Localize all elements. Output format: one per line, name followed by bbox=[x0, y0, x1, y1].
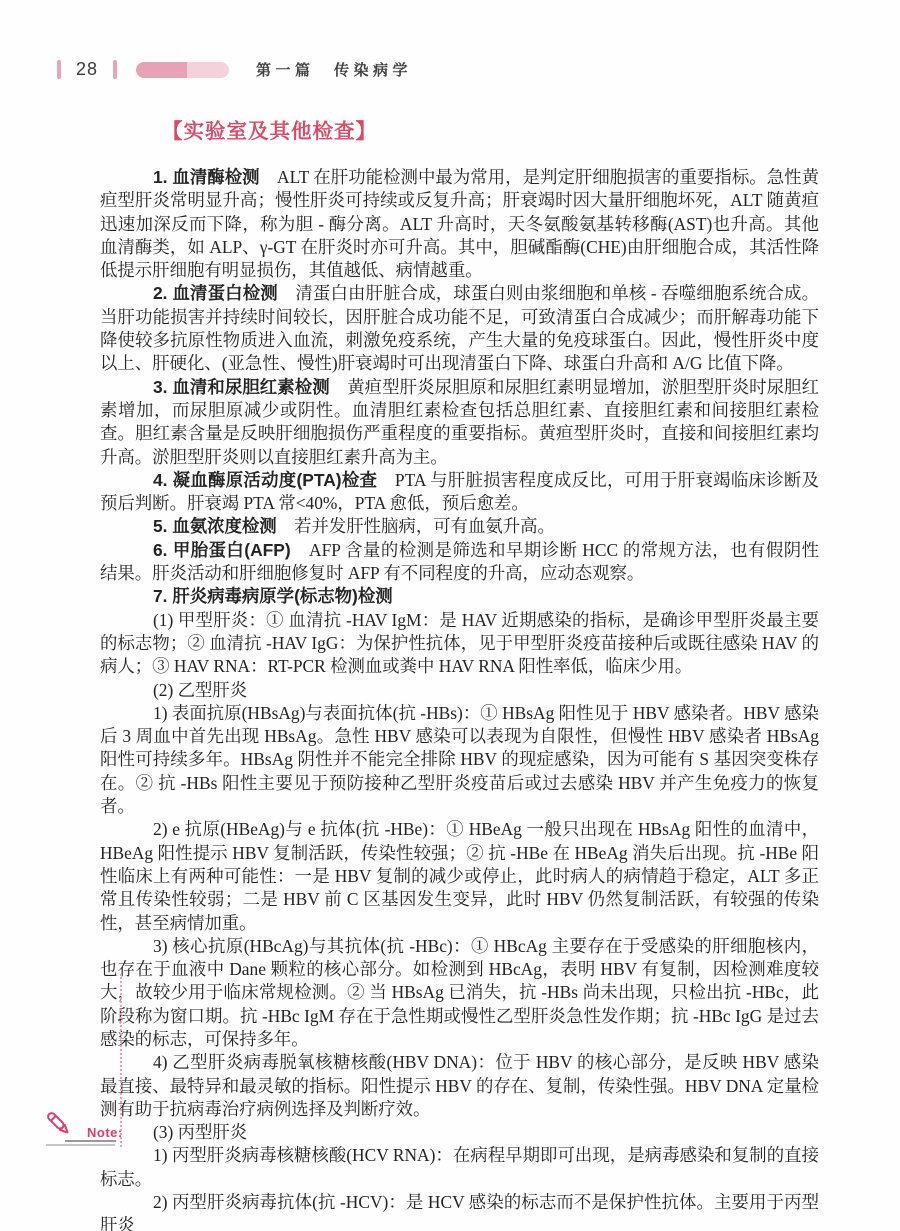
paragraph: (2) 乙型肝炎 bbox=[100, 679, 819, 702]
paragraph-text: 若并发肝性脑病，可有血氨升高。 bbox=[294, 516, 555, 536]
paragraph-text: 1) 丙型肝炎病毒核糖核酸(HCV RNA)：在病程早期即可出现，是病毒感染和复… bbox=[100, 1145, 819, 1188]
page-header: 28 第一篇 传染病学 bbox=[57, 59, 412, 80]
part-title: 第一篇 传染病学 bbox=[256, 59, 412, 80]
paragraph: 4) 乙型肝炎病毒脱氧核糖核酸(HBV DNA)：位于 HBV 的核心部分，是反… bbox=[100, 1051, 819, 1121]
paragraph-label: 7. 肝炎病毒病原学(标志物)检测 bbox=[153, 586, 393, 606]
paragraph-label: 5. 血氨浓度检测 bbox=[153, 516, 294, 536]
header-divider-bar bbox=[113, 60, 117, 79]
paragraph: (3) 丙型肝炎 bbox=[100, 1121, 819, 1144]
paragraph: 2. 血清蛋白检测 清蛋白由肝脏合成，球蛋白则由浆细胞和单核 - 吞噬细胞系统合… bbox=[100, 282, 819, 375]
paragraph-label: 1. 血清酶检测 bbox=[153, 167, 277, 187]
note-underline bbox=[46, 1144, 115, 1146]
paragraph-label: 2. 血清蛋白检测 bbox=[153, 283, 295, 303]
paragraph: (1) 甲型肝炎：① 血清抗 -HAV IgM：是 HAV 近期感染的指标，是确… bbox=[100, 609, 819, 679]
paragraph: 4. 凝血酶原活动度(PTA)检查 PTA 与肝脏损害程度成反比，可用于肝衰竭临… bbox=[100, 469, 819, 516]
book-page: 28 第一篇 传染病学 【实验室及其他检查】 1. 血清酶检测 ALT 在肝功能… bbox=[0, 0, 900, 1231]
paragraph: 3. 血清和尿胆红素检测 黄疸型肝炎尿胆原和尿胆红素明显增加，淤胆型肝炎时尿胆红… bbox=[100, 376, 819, 469]
redacted-logo-capsule bbox=[136, 62, 229, 78]
page-body: 【实验室及其他检查】 1. 血清酶检测 ALT 在肝功能检测中最为常用，是判定肝… bbox=[100, 120, 819, 1231]
paragraph: 1) 丙型肝炎病毒核糖核酸(HCV RNA)：在病程早期即可出现，是病毒感染和复… bbox=[100, 1144, 819, 1191]
paragraph: 3) 核心抗原(HBcAg)与其抗体(抗 -HBc)：① HBcAg 主要存在于… bbox=[100, 935, 819, 1051]
paragraph-text: 2) e 抗原(HBeAg)与 e 抗体(抗 -HBe)：① HBeAg 一般只… bbox=[100, 819, 819, 932]
note-label: Note: bbox=[87, 1125, 123, 1140]
paragraph-label: 6. 甲胎蛋白(AFP) bbox=[153, 540, 309, 560]
note-underline bbox=[65, 1140, 116, 1142]
paragraph: 1) 表面抗原(HBsAg)与表面抗体(抗 -HBs)：① HBsAg 阳性见于… bbox=[100, 702, 819, 818]
paragraph-text: 2) 丙型肝炎病毒抗体(抗 -HCV)：是 HCV 感染的标志而不是保护性抗体。… bbox=[100, 1192, 819, 1231]
paragraph: 2) e 抗原(HBeAg)与 e 抗体(抗 -HBe)：① HBeAg 一般只… bbox=[100, 818, 819, 934]
page-number: 28 bbox=[76, 59, 98, 80]
paragraph-label: 4. 凝血酶原活动度(PTA)检查 bbox=[153, 470, 395, 490]
header-divider-bar bbox=[57, 60, 61, 79]
paragraph-text: 4) 乙型肝炎病毒脱氧核糖核酸(HBV DNA)：位于 HBV 的核心部分，是反… bbox=[100, 1052, 819, 1119]
paragraph-label: 3. 血清和尿胆红素检测 bbox=[153, 377, 347, 397]
paragraph-text: 3) 核心抗原(HBcAg)与其抗体(抗 -HBc)：① HBcAg 主要存在于… bbox=[100, 936, 819, 1049]
paragraph-text: (1) 甲型肝炎：① 血清抗 -HAV IgM：是 HAV 近期感染的指标，是确… bbox=[100, 610, 819, 677]
paragraph: 2) 丙型肝炎病毒抗体(抗 -HCV)：是 HCV 感染的标志而不是保护性抗体。… bbox=[100, 1191, 819, 1231]
paragraph-text: 1) 表面抗原(HBsAg)与表面抗体(抗 -HBs)：① HBsAg 阳性见于… bbox=[100, 703, 819, 816]
paragraph: 7. 肝炎病毒病原学(标志物)检测 bbox=[100, 585, 819, 608]
paragraph-text: (3) 丙型肝炎 bbox=[153, 1122, 247, 1142]
note-margin-dotted-line bbox=[120, 974, 122, 1147]
section-title: 【实验室及其他检查】 bbox=[162, 120, 819, 145]
paragraph-text: (2) 乙型肝炎 bbox=[153, 680, 247, 700]
paragraph: 1. 血清酶检测 ALT 在肝功能检测中最为常用，是判定肝细胞损害的重要指标。急… bbox=[100, 166, 819, 282]
paragraph: 6. 甲胎蛋白(AFP) AFP 含量的检测是筛选和早期诊断 HCC 的常规方法… bbox=[100, 539, 819, 586]
paragraph: 5. 血氨浓度检测 若并发肝性脑病，可有血氨升高。 bbox=[100, 515, 819, 538]
